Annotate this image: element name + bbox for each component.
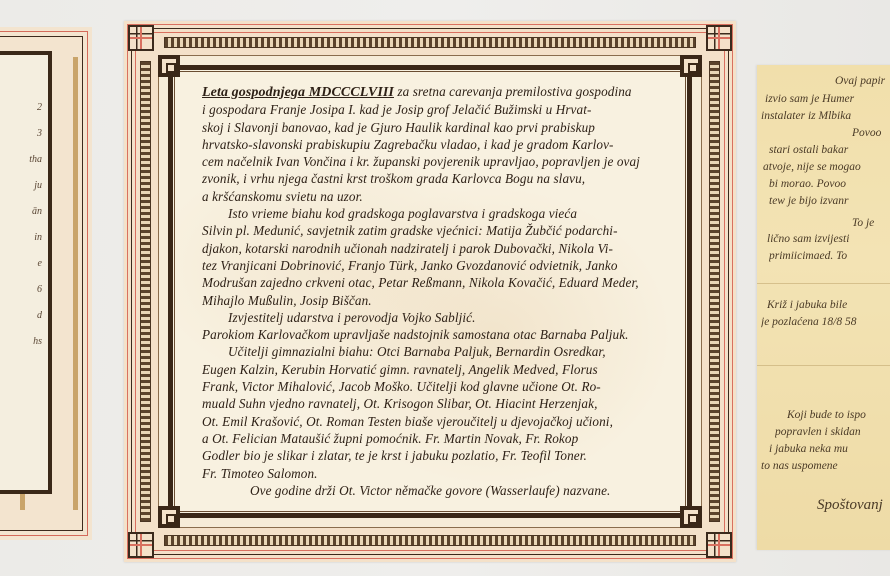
letter-text-line: Ovaj papir xyxy=(835,73,890,91)
letter-signature: Spoštovanj xyxy=(817,497,890,515)
certificate-text: Leta gospodnjega MDCCCLVIII za sretna ca… xyxy=(202,83,690,499)
corner-knot-ornament-top-right xyxy=(706,25,732,51)
corner-knot-ornament-bottom-right xyxy=(706,532,732,558)
left-document-paper: 23thajuānine6dhs xyxy=(0,51,52,494)
left-document-fragment: d xyxy=(0,303,42,329)
left-document-fragment: in xyxy=(0,225,42,251)
greek-key-corner-bottom-right xyxy=(680,506,702,528)
certificate-text-line: Modrušan zajedno crkveni otac, Petar Reß… xyxy=(202,274,690,291)
ornamental-band-right xyxy=(709,61,720,522)
certificate-text-line: Fr. Timoteo Salomon. xyxy=(202,465,690,482)
ornamental-band-bottom xyxy=(164,535,696,546)
certificate-text-line: a Ot. Felician Mataušić župni pomoćnik. … xyxy=(202,430,690,447)
certificate-text-line: skoj i Slavonji banovao, kad je Gjuro Ha… xyxy=(202,119,690,136)
letter-text-line: tew je bijo izvanr xyxy=(769,193,890,211)
letter-text-line: popravlen i skidan xyxy=(775,424,890,442)
corner-knot-ornament-bottom-left xyxy=(128,532,154,558)
certificate-text-line: hrvatsko-slavonski prabiskupiu Zagrebačk… xyxy=(202,136,690,153)
corner-knot-ornament-top-left xyxy=(128,25,154,51)
framed-certificate: Leta gospodnjega MDCCCLVIII za sretna ca… xyxy=(124,21,736,562)
greek-key-corner-top-left xyxy=(158,55,180,77)
letter-text-line: instalater iz Mlbika xyxy=(761,108,890,126)
certificate-text-line: i gospodara Franje Josipa I. kad je Josi… xyxy=(202,101,690,118)
certificate-text-line: Ove godine drži Ot. Victor němačke govor… xyxy=(202,482,690,499)
left-document-fragment: ān xyxy=(0,199,42,225)
certificate-text-line: cem načelnik Ivan Vončina i kr. županski… xyxy=(202,153,690,170)
letter-text-line: primiicimaed. To xyxy=(769,248,890,266)
letter-text-line: Križ i jabuka bile xyxy=(767,297,890,315)
letter-text-line: To je xyxy=(852,215,890,233)
certificate-text-line: Leta gospodnjega MDCCCLVIII za sretna ca… xyxy=(202,83,690,101)
certificate-text-line: Eugen Kalzin, Kerubin Horvatić gimn. rav… xyxy=(202,361,690,378)
certificate-text-line: zvonik, i vrhu njega častni krst troškom… xyxy=(202,170,690,187)
certificate-text-line: Učitelji gimnazialni biahu: Otci Barnaba… xyxy=(202,343,690,360)
letter-text-line: to nas uspomene xyxy=(761,458,890,476)
certificate-text-line: djakon, kotarski narodnih učionah nadzir… xyxy=(202,240,690,257)
letter-fold-line xyxy=(757,365,890,366)
left-framed-document: 23thajuānine6dhs xyxy=(0,27,92,540)
ornamental-band-left xyxy=(140,61,151,522)
letter-text-line: atvoje, nije se mogao xyxy=(763,159,890,177)
left-document-fragment: ju xyxy=(0,173,42,199)
certificate-text-line: Silvin pl. Medunić, savjetnik zatim grad… xyxy=(202,222,690,239)
certificate-text-line: Isto vrieme biahu kod gradskoga poglavar… xyxy=(202,205,690,222)
certificate-text-line: Mihajlo Mußulin, Josip Biščan. xyxy=(202,292,690,309)
handwritten-letter: Ovaj papirizvio sam je Humerinstalater i… xyxy=(757,65,890,550)
certificate-text-line: muald Suhn vjedno ravnatelj, Ot. Krisogo… xyxy=(202,395,690,412)
certificate-text-line: Ot. Emil Krašović, Ot. Roman Testen biaš… xyxy=(202,413,690,430)
letter-text-line: Povoo xyxy=(852,125,890,143)
greek-key-corner-top-right xyxy=(680,55,702,77)
left-document-fragment: tha xyxy=(0,147,42,173)
letter-text-line: bi morao. Povoo xyxy=(769,176,890,194)
letter-text-line: izvio sam je Humer xyxy=(765,91,890,109)
left-document-fragment: 3 xyxy=(0,121,42,147)
greek-key-corner-bottom-left xyxy=(158,506,180,528)
certificate-text-line: Godler bio je slikar i zlatar, te je krs… xyxy=(202,447,690,464)
left-document-fragment: 2 xyxy=(0,95,42,121)
letter-text-line: i jabuka neka mu xyxy=(769,441,890,459)
letter-fold-line xyxy=(757,283,890,284)
left-document-fragment: 6 xyxy=(0,277,42,303)
certificate-heading: Leta gospodnjega MDCCCLVIII xyxy=(202,85,394,100)
certificate-text-line: tez Vranjicani Dobrinović, Franjo Türk, … xyxy=(202,257,690,274)
left-document-fragment: e xyxy=(0,251,42,277)
left-document-fragment: hs xyxy=(0,329,42,355)
letter-text-line: Koji bude to ispo xyxy=(787,407,890,425)
letter-text-line: je pozlaćena 18/8 58 xyxy=(761,314,890,332)
certificate-text-line: Parokiom Karlovačkom upravljaše nadstojn… xyxy=(202,326,690,343)
certificate-text-line: Frank, Victor Mihalović, Jacob Moško. Uč… xyxy=(202,378,690,395)
ornamental-band-top xyxy=(164,37,696,48)
left-document-text: 23thajuānine6dhs xyxy=(0,95,48,355)
certificate-text-line: a kršćanskomu svietu na uzor. xyxy=(202,188,690,205)
letter-text-line: stari ostali bakar xyxy=(769,142,890,160)
certificate-text-line: Izvjestitelj udarstva i perovodja Vojko … xyxy=(202,309,690,326)
letter-text-line: lično sam izvijesti xyxy=(767,231,890,249)
